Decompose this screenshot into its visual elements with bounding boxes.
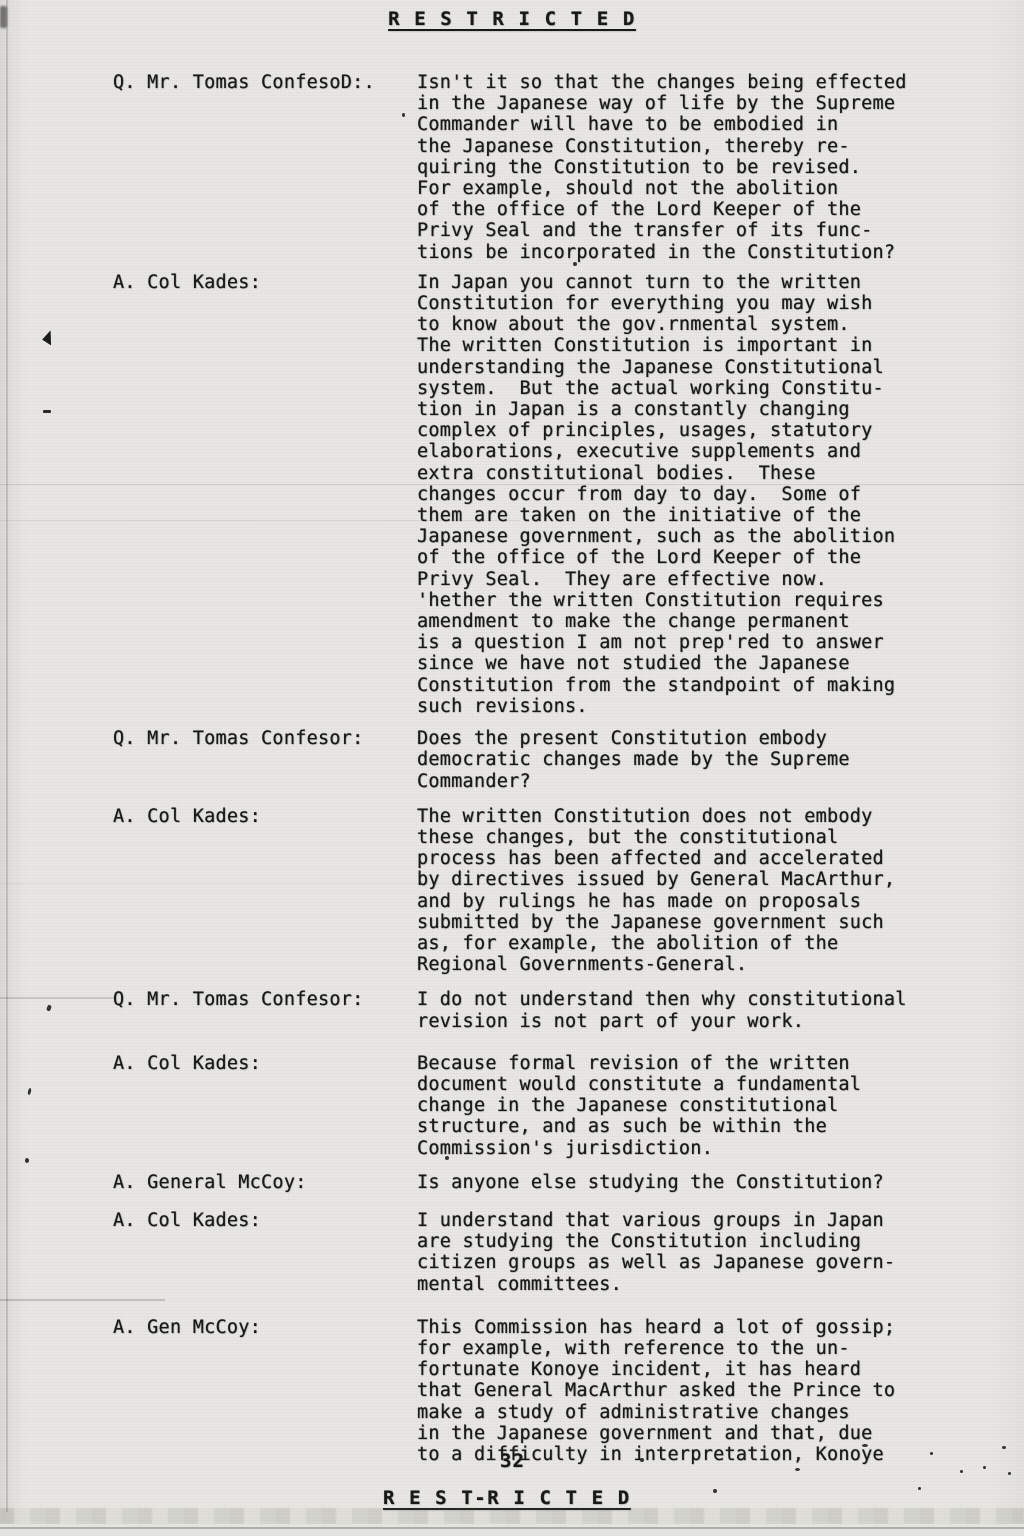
scan-speck (983, 1466, 986, 1469)
dialogue-text: Isn't it so that the changes being effec… (417, 72, 907, 263)
scanner-background (0, 1524, 1024, 1536)
scan-speck (1008, 1472, 1011, 1475)
paper-bottom-edge (0, 1508, 1024, 1524)
dialogue-text: Because formal revision of the written d… (417, 1053, 861, 1159)
scan-speck (918, 1487, 921, 1490)
speaker-label: A. Gen McCoy: (113, 1317, 417, 1338)
dialogue-row: A. Col Kades: The written Constitution d… (0, 806, 1024, 976)
dialogue-row: A. General McCoy: Is anyone else studyin… (0, 1172, 1024, 1193)
dialogue-text: Does the present Constitution embody dem… (417, 728, 850, 792)
speaker-label: Q. Mr. Tomas Confesor: (113, 989, 417, 1010)
dialogue-text: I do not understand then why constitutio… (417, 989, 907, 1031)
dialogue-text: I understand that various groups in Japa… (417, 1210, 895, 1295)
dialogue-text: This Commission has heard a lot of gossi… (417, 1317, 895, 1465)
speaker-label: A. General McCoy: (113, 1172, 417, 1193)
dialogue-row: Q. Mr. Tomas Confesor: Does the present … (0, 728, 1024, 792)
speaker-label: Q. Mr. Tomas Confesor: (113, 728, 417, 749)
dialogue-row: Q. Mr. Tomas Confesor: I do not understa… (0, 989, 1024, 1031)
dialogue-text: The written Constitution does not embody… (417, 806, 895, 976)
dialogue-text: Is anyone else studying the Constitution… (417, 1172, 884, 1193)
dialogue-row: Q. Mr. Tomas ConfesoD:. Isn't it so that… (0, 72, 1024, 263)
dialogue-row: A. Col Kades: Because formal revision of… (0, 1053, 1024, 1159)
dialogue-text: In Japan you cannot turn to the written … (417, 272, 895, 717)
speaker-label: A. Col Kades: (113, 806, 417, 827)
speaker-label: A. Col Kades: (113, 1053, 417, 1074)
scan-speck (713, 1489, 717, 1493)
speaker-label: A. Col Kades: (113, 272, 417, 293)
scan-speck (795, 1468, 800, 1471)
scan-speck (960, 1470, 963, 1473)
dialogue-row: A. Col Kades: In Japan you cannot turn t… (0, 272, 1024, 717)
scanner-edge-line (0, 1527, 1024, 1529)
dialogue-row: A. Col Kades: I understand that various … (0, 1210, 1024, 1295)
document-page: R E S T R I C T E D Q. Mr. Tomas Confeso… (0, 0, 1024, 1536)
dialogue-transcript: Q. Mr. Tomas ConfesoD:. Isn't it so that… (0, 72, 1024, 1465)
classification-header: R E S T R I C T E D (0, 8, 1024, 30)
classification-footer: R E S T-R I C T E D (383, 1487, 631, 1509)
speaker-label: Q. Mr. Tomas ConfesoD:. (113, 72, 417, 93)
dialogue-row: A. Gen McCoy: This Commission has heard … (0, 1317, 1024, 1465)
page-number: 32 (500, 1450, 525, 1472)
speaker-label: A. Col Kades: (113, 1210, 417, 1231)
